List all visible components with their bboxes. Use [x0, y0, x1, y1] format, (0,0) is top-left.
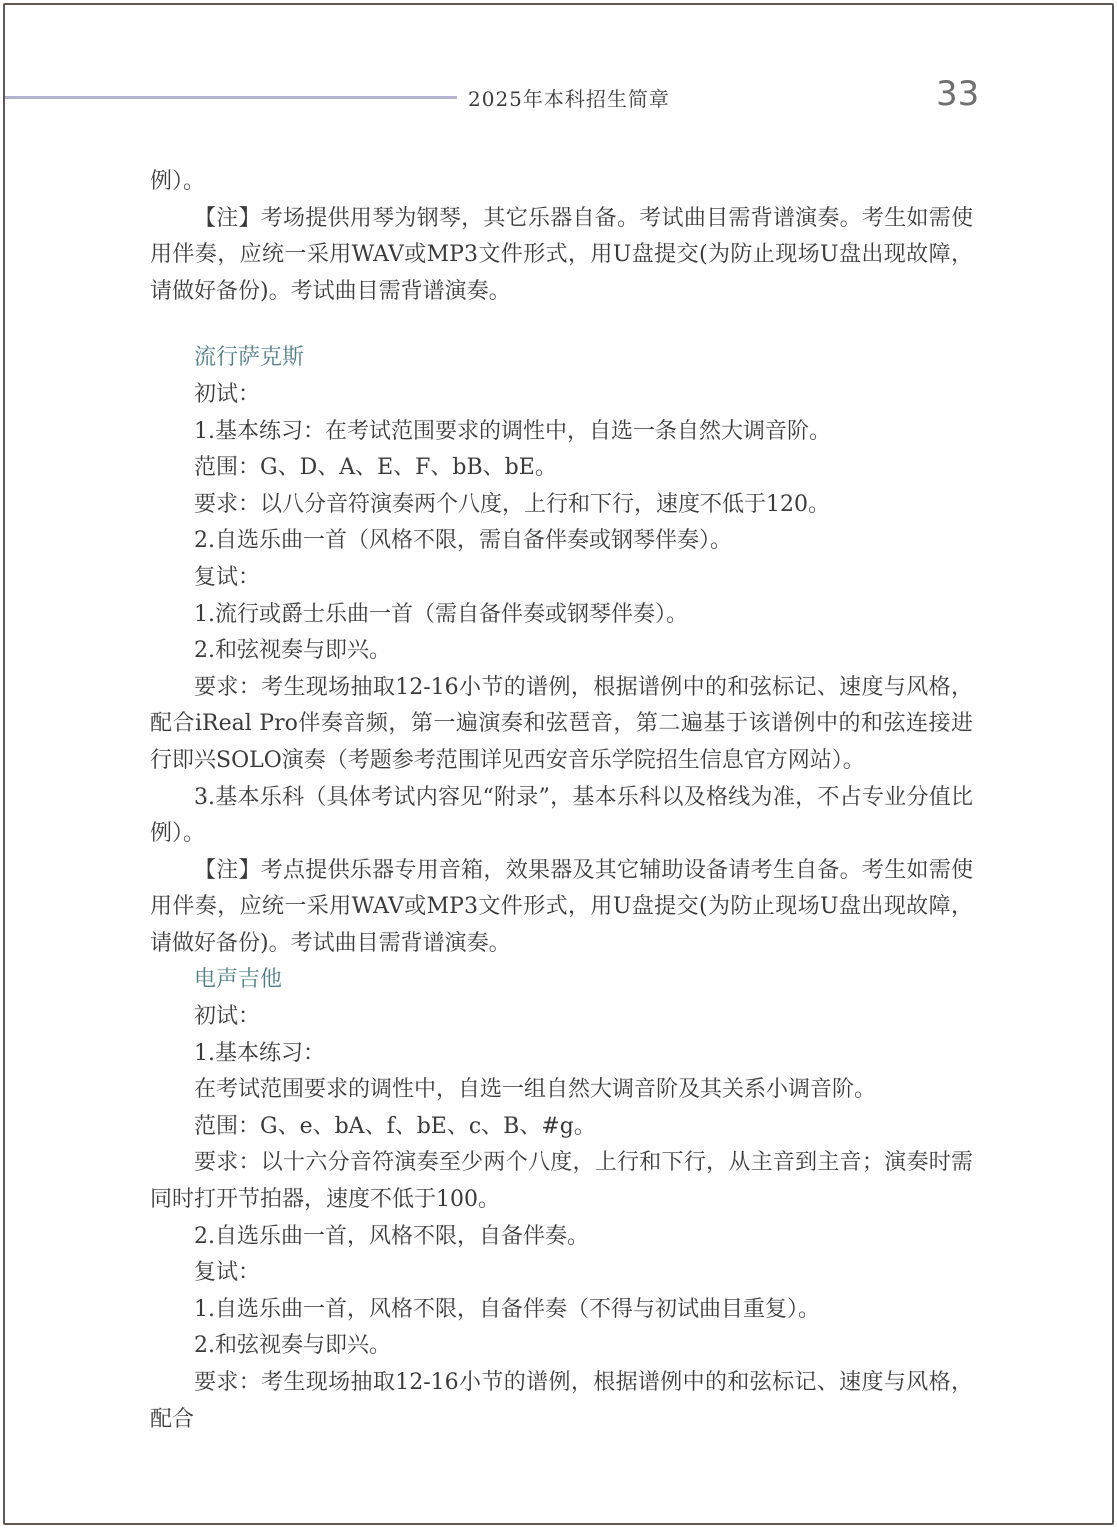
note-paragraph: 【注】考场提供用琴为钢琴，其它乐器自备。考试曲目需背谱演奏。考生如需使用伴奏，应… — [150, 201, 973, 311]
page-number: 33 — [936, 74, 979, 114]
body-paragraph: 3.基本乐科（具体考试内容见“附录”，基本乐科以及格线为准，不占专业分值比例）。 — [150, 780, 973, 853]
document-page: 2025年本科招生简章 33 例）。 【注】考场提供用琴为钢琴，其它乐器自备。考… — [0, 0, 1117, 1528]
body-paragraph: 要求：以八分音符演奏两个八度，上行和下行，速度不低于120。 — [150, 487, 973, 524]
body-paragraph: 初试： — [150, 377, 973, 414]
section-heading-pop-sax: 流行萨克斯 — [150, 340, 973, 377]
document-body: 例）。 【注】考场提供用琴为钢琴，其它乐器自备。考试曲目需背谱演奏。考生如需使用… — [150, 164, 973, 1438]
body-paragraph: 范围：G、e、bA、f、bE、c、B、#g。 — [150, 1109, 973, 1146]
body-paragraph: 复试： — [150, 560, 973, 597]
body-paragraph: 例）。 — [150, 164, 973, 201]
section-heading-electric-guitar: 电声吉他 — [150, 962, 973, 999]
body-paragraph: 2.和弦视奏与即兴。 — [150, 1328, 973, 1365]
body-paragraph: 复试： — [150, 1255, 973, 1292]
header-title: 2025年本科招生简章 — [468, 83, 670, 112]
body-paragraph: 1.自选乐曲一首，风格不限，自备伴奏（不得与初试曲目重复）。 — [150, 1292, 973, 1329]
note-paragraph: 【注】考点提供乐器专用音箱，效果器及其它辅助设备请考生自备。考生如需使用伴奏，应… — [150, 853, 973, 963]
body-paragraph: 1.基本练习： — [150, 1036, 973, 1073]
body-paragraph: 2.和弦视奏与即兴。 — [150, 633, 973, 670]
body-paragraph: 要求：考生现场抽取12-16小节的谱例，根据谱例中的和弦标记、速度与风格，配合 — [150, 1365, 973, 1438]
body-paragraph: 初试： — [150, 999, 973, 1036]
body-paragraph: 范围：G、D、A、E、F、bB、bE。 — [150, 450, 973, 487]
body-paragraph: 2.自选乐曲一首（风格不限，需自备伴奏或钢琴伴奏）。 — [150, 523, 973, 560]
body-paragraph: 1.流行或爵士乐曲一首（需自备伴奏或钢琴伴奏）。 — [150, 597, 973, 634]
header-rule — [5, 96, 457, 99]
body-paragraph: 要求：考生现场抽取12-16小节的谱例，根据谱例中的和弦标记、速度与风格，配合i… — [150, 670, 973, 780]
body-paragraph: 在考试范围要求的调性中，自选一组自然大调音阶及其关系小调音阶。 — [150, 1072, 973, 1109]
body-paragraph: 1.基本练习：在考试范围要求的调性中，自选一条自然大调音阶。 — [150, 414, 973, 451]
body-paragraph: 2.自选乐曲一首，风格不限，自备伴奏。 — [150, 1219, 973, 1256]
body-paragraph: 要求：以十六分音符演奏至少两个八度，上行和下行，从主音到主音；演奏时需同时打开节… — [150, 1145, 973, 1218]
